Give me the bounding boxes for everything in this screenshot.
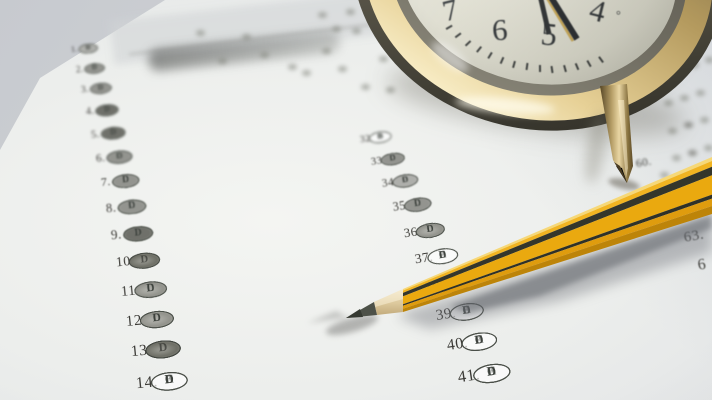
leg-cast-shadow [581, 111, 610, 185]
graphite-smudge [308, 311, 347, 323]
pencil-layer [0, 0, 712, 400]
photo-answer-sheet-scene: 1.ABCD2.ABCD3.ABCD4.ABCD5.ABCD6.ABCD7.AB… [0, 0, 712, 400]
